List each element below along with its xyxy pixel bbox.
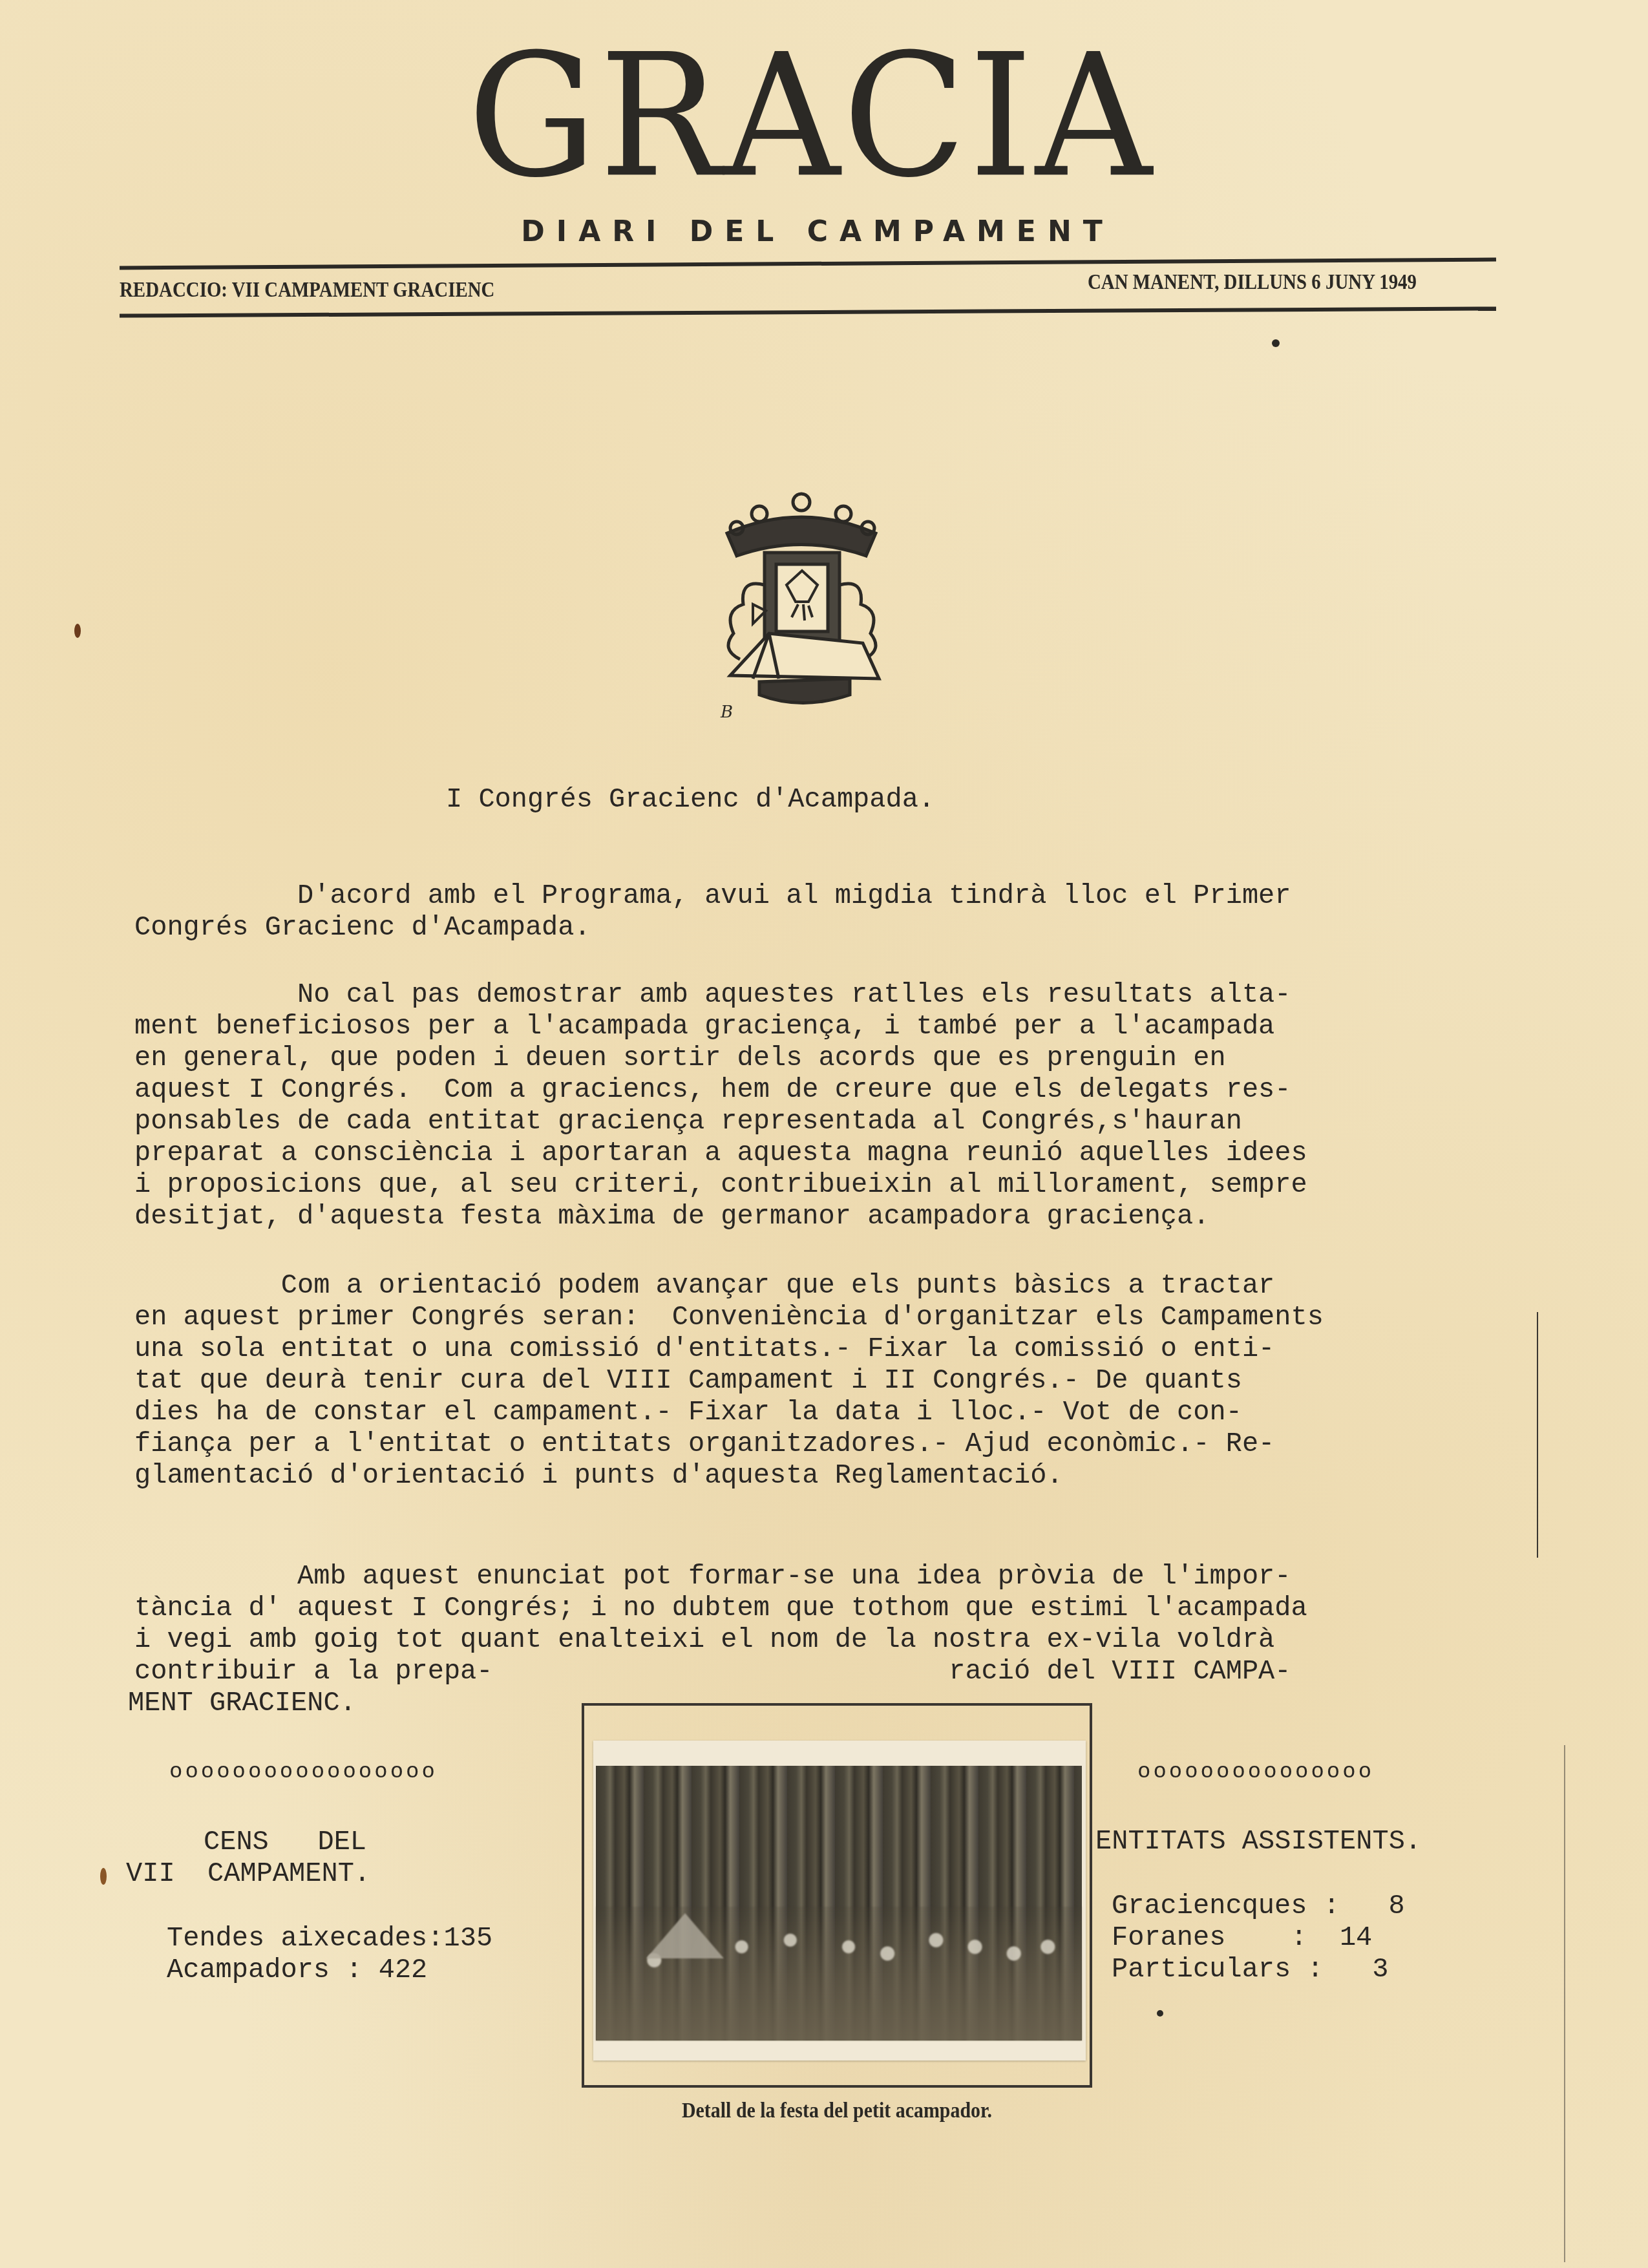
article-line: No cal pas demostrar amb aquestes ratlle… [134,979,1307,1011]
article-line: Com a orientació podem avançar que els p… [134,1270,1324,1302]
ink-spot [1157,2010,1163,2017]
masthead-bottom-rule [120,306,1496,317]
ink-spot [74,624,81,638]
article-paragraph-4: Amb aquest enunciat pot formar-se una id… [134,1561,1307,1719]
redaccio-line: REDACCIO: VII CAMPAMENT GRACIENC [120,278,494,302]
article-line: en general, que poden i deuen sortir del… [134,1043,1307,1074]
census-title-line1: CENS DEL [204,1827,366,1858]
margin-line [1564,1745,1565,2262]
newspaper-title: GRACIA [0,32,1635,202]
article-line: i vegi amb goig tot quant enalteixi el n… [134,1624,1307,1656]
article-line: preparat a consciència i aportaran a aqu… [134,1138,1307,1169]
census-value: 135 [443,1923,492,1954]
ink-spot [100,1868,107,1885]
entities-label: Particulars : [1112,1954,1324,1985]
entities-ornament: ooooooooooooooo [1137,1757,1374,1788]
article-paragraph-3: Com a orientació podem avançar que els p… [134,1270,1324,1492]
article-line: Congrés Gracienc d'Acampada. [134,912,1291,944]
article-line: una sola entitat o una comissió d'entita… [134,1333,1324,1365]
census-label: Tendes aixecades: [167,1923,443,1954]
article-line: fiança per a l'entitat o entitats organi… [134,1428,1324,1460]
photo-tent-shape [646,1913,724,1958]
dateline: CAN MANENT, DILLUNS 6 JUNY 1949 [1088,270,1417,295]
entities-row-foranes: Foranes : 14 [1112,1922,1405,1954]
entities-value: 8 [1388,1891,1404,1922]
article-line: Amb aquest enunciat pot formar-se una id… [134,1561,1307,1593]
masthead-top-rule [120,257,1496,270]
article-line: dies ha de constar el campament.- Fixar … [134,1397,1324,1428]
census-value: 422 [379,1955,428,1986]
crown-shield-tent-emblem-icon: B [714,488,889,721]
entities-label: Foranes : [1112,1922,1307,1953]
entities-row-gracienques: Graciencques : 8 [1112,1891,1405,1922]
article-line: ment beneficiosos per a l'acampada graci… [134,1011,1307,1043]
article-line: aquest I Congrés. Com a graciencs, hem d… [134,1074,1307,1106]
article-line: tat que deurà tenir cura del VIII Campam… [134,1365,1324,1397]
census-title-line2: VII CAMPAMENT. [126,1858,370,1890]
entities-label: Graciencques : [1112,1891,1340,1922]
article-line: en aquest primer Congrés seran: Conveniè… [134,1302,1324,1333]
article-paragraph-2: No cal pas demostrar amb aquestes ratlle… [134,979,1307,1233]
article-line: glamentació d'orientació i punts d'aques… [134,1460,1324,1492]
article-line: ponsables de cada entitat graciença repr… [134,1106,1307,1138]
entities-value: 14 [1340,1922,1372,1953]
census-table: Tendes aixecades:135 Acampadors : 422 [167,1923,492,1986]
entities-value: 3 [1372,1954,1388,1985]
emblem-signature: B [720,703,733,721]
entities-row-particulars: Particulars : 3 [1112,1954,1405,1986]
article-line: i proposicions que, al seu criteri, cont… [134,1169,1307,1201]
article-paragraph-1: D'acord amb el Programa, avui al migdia … [134,880,1291,944]
census-row-campers: Acampadors : 422 [167,1955,492,1986]
article-line: desitjat, d'aquesta festa màxima de germ… [134,1201,1307,1233]
census-row-tents: Tendes aixecades:135 [167,1923,492,1955]
margin-line [1537,1312,1538,1558]
newspaper-subtitle: DIARI DEL CAMPAMENT [0,215,1642,248]
census-ornament: ooooooooooooooooo [169,1757,438,1788]
ink-spot [1272,339,1280,347]
photo-caption: Detall de la festa del petit acampador. [612,2099,1061,2123]
entities-title: ENTITATS ASSISTENTS. [1095,1826,1421,1858]
article-line: D'acord amb el Programa, avui al migdia … [134,880,1291,912]
article-line: contribuir a la prepa- ració del VIII CA… [134,1656,1307,1688]
census-label: Acampadors : [167,1955,362,1986]
entities-table: Graciencques : 8 Foranes : 14 Particular… [1112,1891,1405,1986]
article-line: tància d' aquest I Congrés; i no dubtem … [134,1593,1307,1624]
article-title: I Congrés Gracienc d'Acampada. [446,784,935,816]
